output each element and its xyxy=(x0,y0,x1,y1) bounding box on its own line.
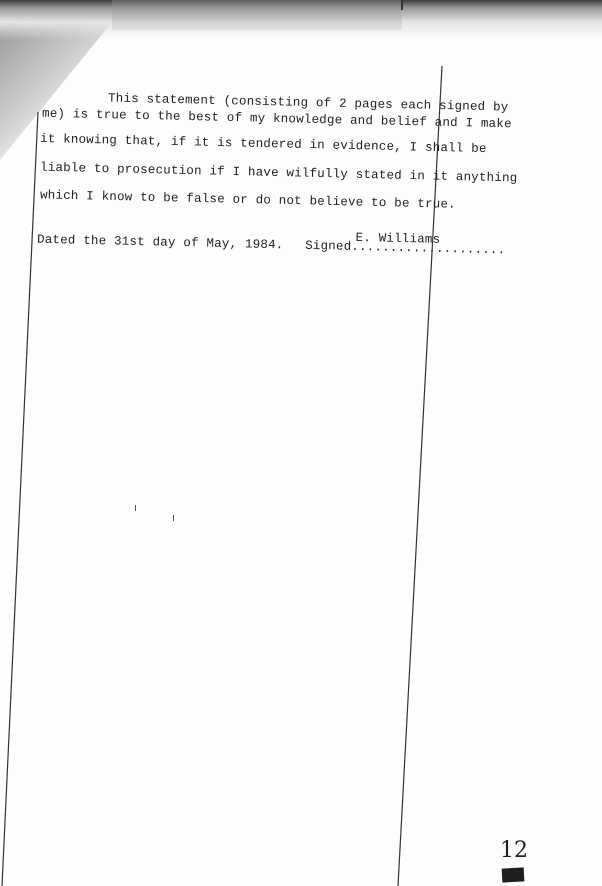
stray-mark xyxy=(135,505,136,511)
stray-mark xyxy=(173,515,174,521)
signed-label: Signed xyxy=(305,239,352,254)
scanned-page: This statement (consisting of 2 pages ea… xyxy=(0,0,602,886)
page-number: 12 xyxy=(500,838,528,863)
signature: E. Williams xyxy=(355,231,440,247)
ink-stamp xyxy=(502,867,525,882)
